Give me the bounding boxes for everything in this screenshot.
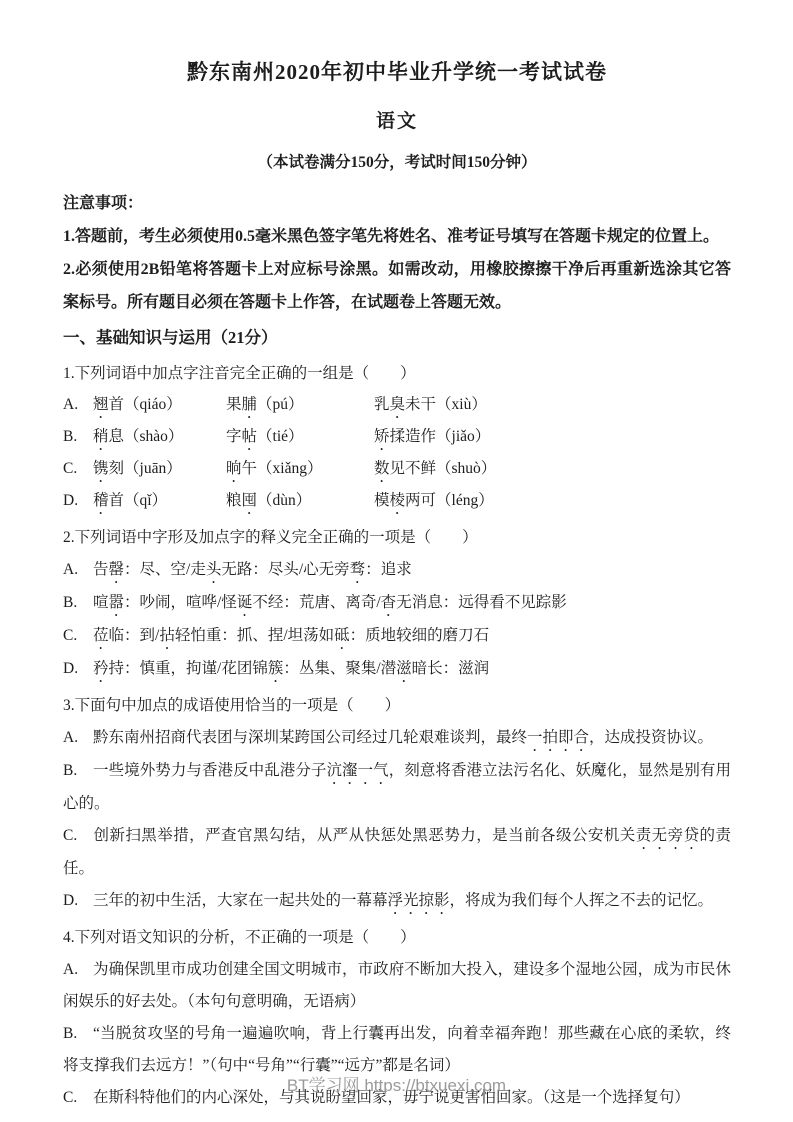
option-label: B. [63, 587, 93, 619]
question-3: 3.下面句中加点的成语使用恰当的一项是（ ） A.黔东南州招商代表团与深圳某跨国… [63, 689, 731, 918]
question-2-option-a: A.告罄：尽、空/走头无路：尽头/心无旁骛：追求 [63, 554, 731, 587]
option-text: 告罄：尽、空/走头无路：尽头/心无旁骛：追求 [93, 561, 412, 578]
subject-title: 语文 [63, 109, 731, 135]
question-3-option-b: B.一些境外势力与香港反中乱港分子沆瀣一气，刻意将香港立法污名化、妖魔化，显然是… [63, 755, 731, 820]
option-label: C. [63, 820, 93, 852]
paper-info: （本试卷满分150分，考试时间150分钟） [63, 151, 731, 175]
option-word: 粮囤（dùn） [226, 486, 374, 518]
option-word: 字帖（tié） [226, 422, 374, 454]
option-word: 果脯（pú） [226, 390, 374, 422]
option-text: 矜持：慎重，拘谨/花团锦簇：丛集、聚集/潜滋暗长：滋润 [93, 660, 489, 677]
option-label: B. [63, 755, 93, 787]
option-label: A. [63, 390, 93, 422]
notice-item-2: 2.必须使用2B铅笔将答题卡上对应标号涂黑。如需改动，用橡胶擦擦干净后再重新选涂… [63, 253, 731, 319]
option-text: 创新扫黑举措，严查官黑勾结，从严从快惩处黑恶势力，是当前各级公安机关责无旁贷的责… [63, 827, 731, 877]
option-word: 乳臭未干（xiù） [374, 390, 731, 422]
option-word: 镌刻（juān） [93, 454, 226, 486]
option-label: B. [63, 422, 93, 454]
option-word: 稍息（shào） [93, 422, 226, 454]
question-1-option-b: B. 稍息（shào） 字帖（tié） 矫揉造作（jiǎo） [63, 422, 731, 454]
option-label: A. [63, 954, 93, 986]
question-3-option-c: C.创新扫黑举措，严查官黑勾结，从严从快惩处黑恶势力，是当前各级公安机关责无旁贷… [63, 820, 731, 885]
option-label: C. [63, 620, 93, 652]
question-4-option-a: A.为确保凯里市成功创建全国文明城市，市政府不断加大投入，建设多个湿地公园，成为… [63, 954, 731, 1018]
option-label: A. [63, 554, 93, 586]
question-4-stem: 4.下列对语文知识的分析，不正确的一项是（ ） [63, 921, 731, 954]
option-label: A. [63, 722, 93, 754]
watermark: BT学习网 https://btxuexi.com [0, 1071, 793, 1096]
option-text: 三年的初中生活，大家在一起共处的一幕幕浮光掠影，将成为我们每个人挥之不去的记忆。 [93, 892, 713, 909]
question-1-option-a: A. 翘首（qiáo） 果脯（pú） 乳臭未干（xiù） [63, 390, 731, 422]
option-word: 稽首（qǐ） [93, 486, 226, 518]
notice-item-1: 1.答题前，考生必须使用0.5毫米黑色签字笔先将姓名、准考证号填写在答题卡规定的… [63, 220, 731, 253]
notices-heading: 注意事项： [63, 187, 731, 220]
question-1-option-c: C. 镌刻（juān） 晌午（xiǎng） 数见不鲜（shuò） [63, 454, 731, 486]
question-2-option-d: D.矜持：慎重，拘谨/花团锦簇：丛集、聚集/潜滋暗长：滋润 [63, 653, 731, 686]
question-2: 2.下列词语中字形及加点字的释义完全正确的一项是（ ） A.告罄：尽、空/走头无… [63, 521, 731, 686]
question-2-option-c: C.莅临：到/拈轻怕重：抓、捏/坦荡如砥：质地较细的磨刀石 [63, 620, 731, 653]
question-3-stem: 3.下面句中加点的成语使用恰当的一项是（ ） [63, 689, 731, 722]
option-label: C. [63, 454, 93, 486]
option-text: 黔东南州招商代表团与深圳某跨国公司经过几轮艰难谈判，最终一拍即合，达成投资协议。 [93, 729, 713, 746]
option-word: 矫揉造作（jiǎo） [374, 422, 731, 454]
question-2-stem: 2.下列词语中字形及加点字的释义完全正确的一项是（ ） [63, 521, 731, 554]
question-2-option-b: B.喧嚣：吵闹，喧哗/怪诞不经：荒唐、离奇/杳无消息：远得看不见踪影 [63, 587, 731, 620]
exam-paper-page: 黔东南州2020年初中毕业升学统一考试试卷 语文 （本试卷满分150分，考试时间… [0, 0, 793, 1122]
question-3-option-d: D.三年的初中生活，大家在一起共处的一幕幕浮光掠影，将成为我们每个人挥之不去的记… [63, 885, 731, 918]
paper-title: 黔东南州2020年初中毕业升学统一考试试卷 [63, 58, 731, 86]
option-label: B. [63, 1018, 93, 1050]
option-text: 为确保凯里市成功创建全国文明城市，市政府不断加大投入，建设多个湿地公园，成为市民… [63, 961, 731, 1010]
option-word: 模棱两可（léng） [374, 486, 731, 518]
watermark-text: BT学习网 https://btxuexi.com [287, 1076, 506, 1095]
question-1: 1.下列词语中加点字注音完全正确的一组是（ ） A. 翘首（qiáo） 果脯（p… [63, 357, 731, 518]
question-1-option-d: D. 稽首（qǐ） 粮囤（dùn） 模棱两可（léng） [63, 486, 731, 518]
question-3-option-a: A.黔东南州招商代表团与深圳某跨国公司经过几轮艰难谈判，最终一拍即合，达成投资协… [63, 722, 731, 755]
notices-block: 注意事项： 1.答题前，考生必须使用0.5毫米黑色签字笔先将姓名、准考证号填写在… [63, 187, 731, 319]
section-heading: 一、基础知识与运用（21分） [63, 321, 731, 354]
option-text: 喧嚣：吵闹，喧哗/怪诞不经：荒唐、离奇/杳无消息：远得看不见踪影 [93, 594, 567, 611]
option-word: 晌午（xiǎng） [226, 454, 374, 486]
option-label: D. [63, 486, 93, 518]
option-label: D. [63, 885, 93, 917]
option-text: 一些境外势力与香港反中乱港分子沆瀣一气，刻意将香港立法污名化、妖魔化，显然是别有… [63, 762, 731, 812]
option-word: 翘首（qiáo） [93, 390, 226, 422]
option-label: D. [63, 653, 93, 685]
option-word: 数见不鲜（shuò） [374, 454, 731, 486]
option-text: “当脱贫攻坚的号角一遍遍吹响，背上行囊再出发，向着幸福奔跑！那些藏在心底的柔软，… [63, 1025, 731, 1074]
option-text: 莅临：到/拈轻怕重：抓、捏/坦荡如砥：质地较细的磨刀石 [93, 627, 489, 644]
question-1-stem: 1.下列词语中加点字注音完全正确的一组是（ ） [63, 357, 731, 390]
